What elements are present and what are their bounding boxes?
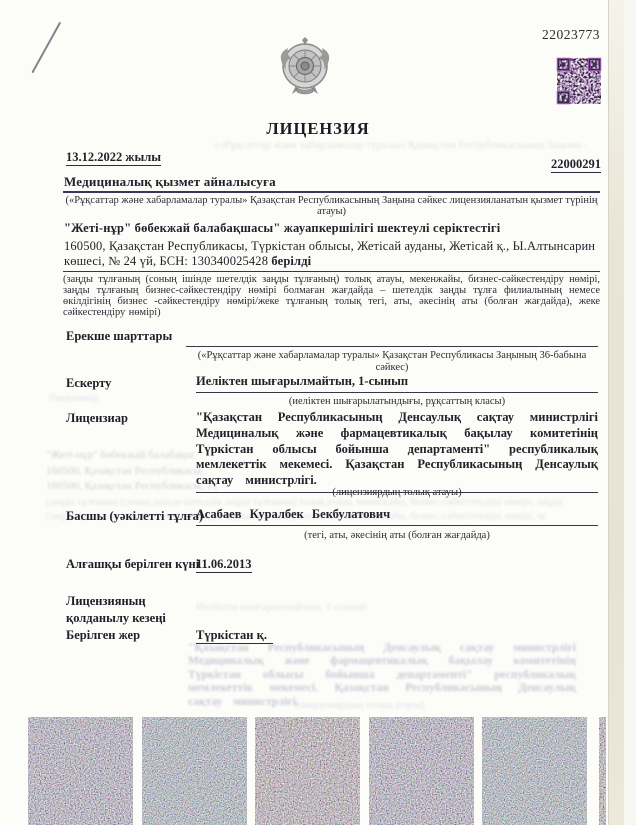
note-label: Ескерту: [66, 376, 111, 391]
note-value: Иеліктен шығарылмайтын, 1-сынып: [196, 374, 598, 393]
bleedthrough-text: (лицензиярдың толық атауы): [295, 700, 495, 711]
kazakhstan-emblem-icon: [274, 36, 336, 98]
head-value: Асабаев Куралбек Бекбулатович: [196, 507, 598, 526]
rule-under-address: [63, 271, 600, 272]
place-value: Түркістан қ.: [196, 628, 273, 643]
bleedthrough-text: Лицензиар: [48, 392, 188, 403]
first-issue-label: Алғашқы берілген күні: [66, 557, 199, 572]
licensee-caption: (заңды тұлғаның (соның ішінде шетелдік з…: [63, 274, 600, 318]
activity-caption-line2: атауы): [63, 206, 600, 218]
bleedthrough-text: 160500, Қазақстан Республикасы, Түркіста…: [46, 480, 216, 491]
form-serial-number: 22023773: [470, 27, 600, 43]
license-number: 22000291: [470, 157, 601, 172]
bleedthrough-text: Иеліктен шығарылмайтын, 1-сынып: [196, 601, 411, 613]
barcode-block-2: [142, 717, 247, 825]
bleedthrough-text: 160500, Қазақстан Республикасы, Түркіста…: [46, 465, 206, 476]
barcode-block-4: [369, 717, 474, 825]
note-caption: (иеліктен шығарылатындығы, рұқсаттың кла…: [196, 396, 598, 408]
document-title: ЛИЦЕНЗИЯ: [0, 119, 636, 139]
licensor-value: "Қазақстан Республикасының Денсаулық сақ…: [196, 410, 598, 493]
licensee-name: "Жеті-нұр" бөбекжай балабақшасы" жауапке…: [64, 221, 604, 236]
bleedthrough-text: («Рұқсаттар және хабарламалар туралы» Қа…: [215, 139, 585, 151]
place-label: Берілген жер: [66, 628, 140, 643]
special-conditions-line: [186, 346, 598, 347]
licensee-address: 160500, Қазақстан Республикасы, Түркіста…: [64, 239, 601, 269]
head-label: Басшы (уәкілетті тұлға): [66, 509, 203, 524]
bleedthrough-text: "Жеті-нұр" бөбекжай балабақшасы" жауапке…: [46, 449, 194, 460]
activity-caption-line1: («Рұқсаттар және хабарламалар туралы» Қа…: [63, 195, 600, 207]
staple-scratch-mark: [31, 22, 60, 73]
bleedthrough-paragraph: "Қазақстан Республикасының Денсаулық сақ…: [188, 642, 576, 708]
qr-code-icon: [556, 57, 602, 105]
bleedthrough-text: (заңды тұлғаның (соның ішінде шетелдік з…: [46, 497, 566, 507]
validity-label: Лицензияныңқолданылу кезеңі: [66, 593, 166, 626]
head-caption: (тегі, аты, әкесінің аты (болған жағдайд…: [196, 530, 598, 542]
barcode-block-5: [482, 717, 587, 825]
barcode-block-1: [28, 717, 133, 825]
barcode-block-3: [255, 717, 360, 825]
first-issue-value: 11.06.2013: [196, 557, 252, 572]
licensor-label: Лицензиар: [66, 411, 128, 426]
barcode-sliver: [599, 717, 606, 825]
issued-word: берілді: [271, 254, 311, 268]
special-conditions-caption: («Рұқсаттар және хабарламалар туралы» Қа…: [186, 350, 598, 373]
issue-date: 13.12.2022 жылы: [66, 150, 161, 165]
scanned-license-document: 22023773 ЛИЦЕНЗИЯ («Рұқсаттар және хабар…: [0, 0, 636, 825]
special-conditions-label: Ерекше шарттары: [66, 329, 172, 344]
activity-heading: Медициналық қызмет айналысуға: [64, 174, 276, 190]
rule-under-activity: [63, 191, 600, 193]
